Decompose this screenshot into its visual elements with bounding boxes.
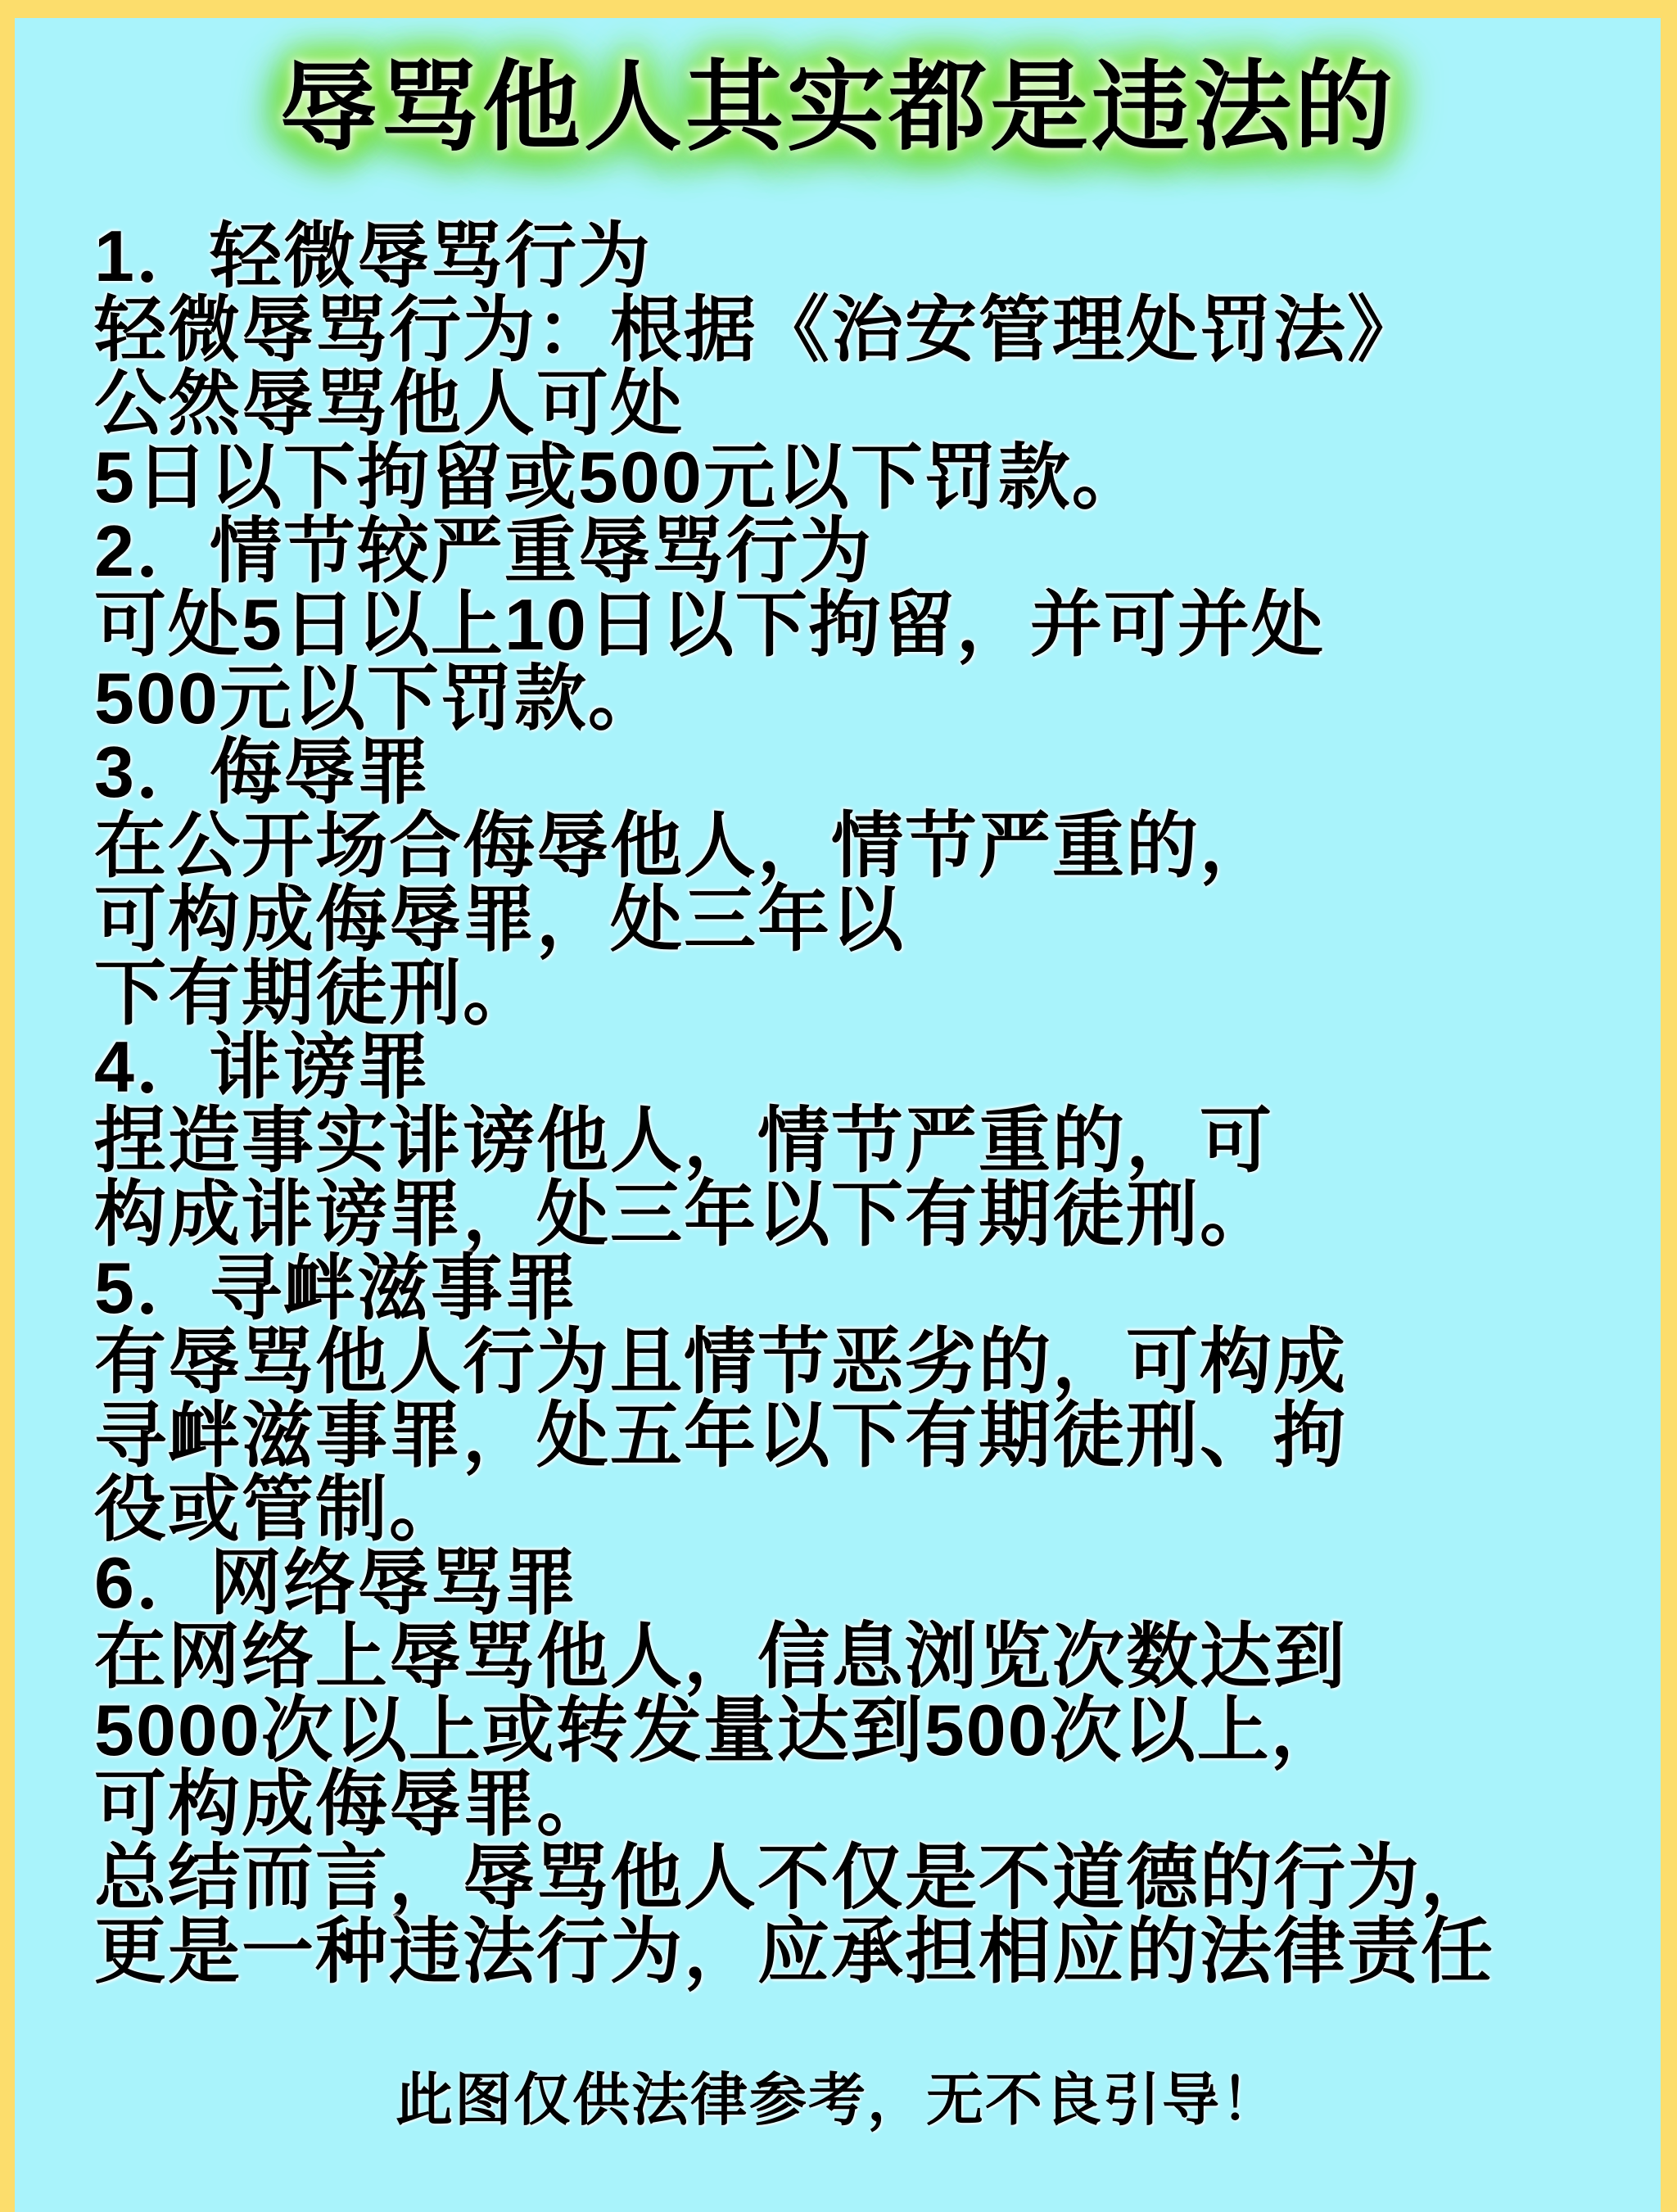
content-line: 500元以下罚款。	[94, 662, 1616, 735]
content-line: 公然辱骂他人可处	[94, 367, 1616, 441]
page-title: 辱骂他人其实都是违法的	[15, 46, 1661, 169]
content-line: 有辱骂他人行为且情节恶劣的，可构成	[94, 1325, 1616, 1399]
content-line: 寻衅滋事罪，处五年以下有期徒刑、拘	[94, 1399, 1616, 1472]
content-line: 6．网络辱骂罪	[94, 1546, 1616, 1620]
content-line: 在公开场合侮辱他人，情节严重的，	[94, 809, 1616, 883]
content-line: 5000次以上或转发量达到500次以上，	[94, 1694, 1616, 1767]
content-line: 轻微辱骂行为：根据《治安管理处罚法》	[94, 293, 1616, 367]
content-line: 下有期徒刑。	[94, 957, 1616, 1030]
info-card: 辱骂他人其实都是违法的 1．轻微辱骂行为轻微辱骂行为：根据《治安管理处罚法》公然…	[0, 0, 1677, 2212]
content-line: 5日以下拘留或500元以下罚款。	[94, 441, 1616, 514]
content-line: 更是一种违法行为，应承担相应的法律责任	[94, 1915, 1616, 1988]
content-line: 捏造事实诽谤他人，情节严重的，可	[94, 1104, 1616, 1178]
content-lines: 1．轻微辱骂行为轻微辱骂行为：根据《治安管理处罚法》公然辱骂他人可处5日以下拘留…	[15, 219, 1661, 1988]
content-line: 总结而言，辱骂他人不仅是不道德的行为，	[94, 1841, 1616, 1915]
content-line: 可构成侮辱罪。	[94, 1767, 1616, 1841]
content-line: 5．寻衅滋事罪	[94, 1251, 1616, 1325]
content-line: 役或管制。	[94, 1472, 1616, 1546]
footer-disclaimer: 此图仅供法律参考，无不良引导！	[15, 2067, 1661, 2133]
content-line: 3．侮辱罪	[94, 735, 1616, 809]
content-line: 构成诽谤罪，处三年以下有期徒刑。	[94, 1178, 1616, 1251]
content-line: 2．情节较严重辱骂行为	[94, 514, 1616, 588]
content-line: 1．轻微辱骂行为	[94, 219, 1616, 293]
content-line: 可处5日以上10日以下拘留，并可并处	[94, 588, 1616, 662]
content-line: 4．诽谤罪	[94, 1030, 1616, 1104]
content-line: 可构成侮辱罪，处三年以	[94, 883, 1616, 957]
content-line: 在网络上辱骂他人，信息浏览次数达到	[94, 1620, 1616, 1694]
